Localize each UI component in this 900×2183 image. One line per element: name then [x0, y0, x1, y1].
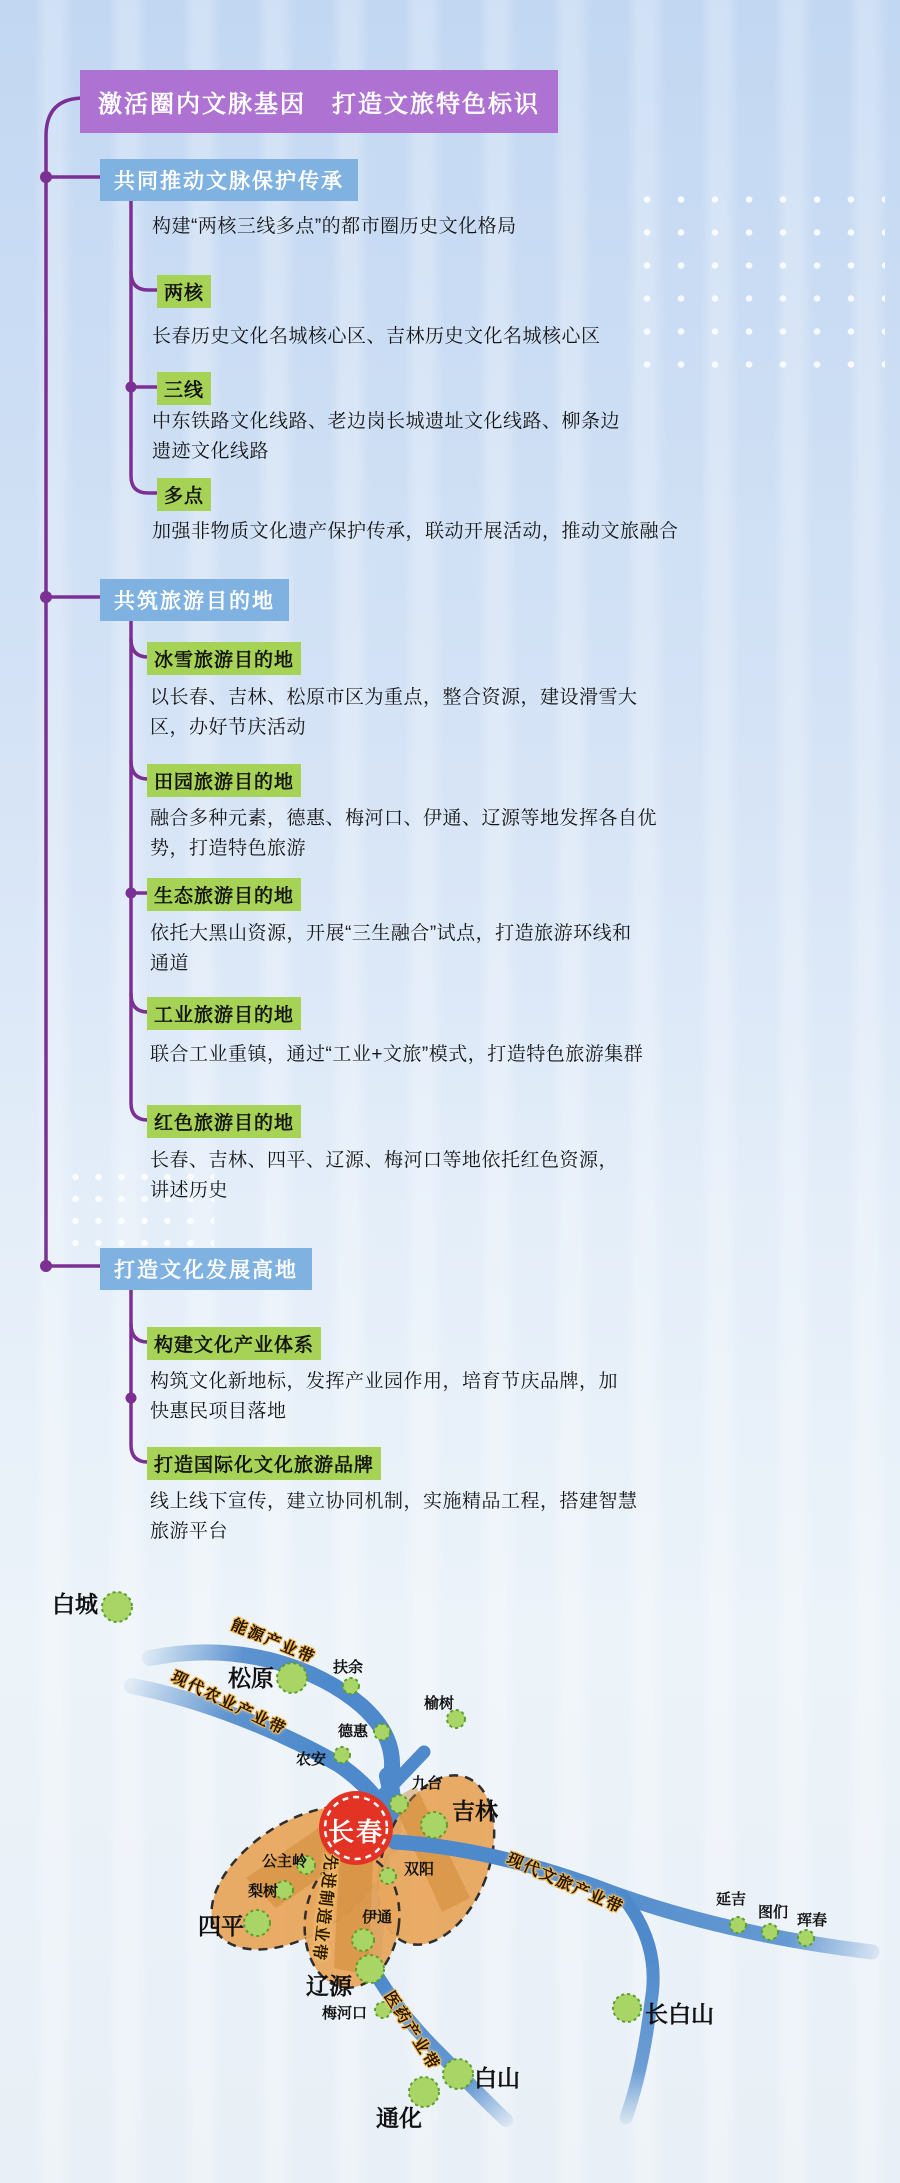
city-label-yitong: 伊通: [362, 1906, 392, 1927]
section1-intro: 构建“两核三线多点”的都市圈历史文化格局: [152, 212, 657, 242]
page-title: 激活圈内文脉基因 打造文旅特色标识: [80, 70, 558, 133]
dot-jilin: [421, 1812, 447, 1838]
main-spine: [46, 98, 102, 1266]
text-red: 长春、吉林、四平、辽源、梅河口等地依托红色资源，讲述历史: [150, 1146, 620, 1206]
label-rural: 田园旅游目的地: [147, 764, 301, 797]
label-culture-industry: 构建文化产业体系: [147, 1327, 321, 1360]
dot-shuangyang: [380, 1868, 396, 1884]
text-multi-points: 加强非物质文化遗产保护传承，联动开展活动，推动文旅融合: [152, 517, 692, 547]
city-label-changchun: 长春: [316, 1812, 396, 1849]
dot-baishan: [443, 2059, 473, 2089]
text-eco: 依托大黑山资源，开展“三生融合”试点，打造旅游环线和通道: [150, 919, 650, 979]
city-label-jilin: 吉林: [452, 1793, 498, 1826]
text-industrial: 联合工业重镇，通过“工业+文旅”模式，打造特色旅游集群: [150, 1040, 710, 1070]
city-label-changbaishan: 长白山: [645, 1996, 714, 2029]
city-label-hunchun: 珲春: [797, 1909, 827, 1930]
city-label-gongzhuling: 公主岭: [262, 1850, 307, 1871]
dot-yanji: [730, 1917, 746, 1933]
city-label-nongan: 农安: [296, 1748, 326, 1769]
city-label-lishu: 梨树: [248, 1880, 278, 1901]
city-label-shuangyang: 双阳: [404, 1858, 434, 1879]
label-two-cores: 两核: [157, 275, 211, 308]
section-header-heritage: 共同推动文脉保护传承: [100, 159, 358, 201]
text-ice-snow: 以长春、吉林、松原市区为重点，整合资源，建设滑雪大区，办好节庆活动: [150, 683, 670, 743]
dot-changbaishan: [613, 1994, 641, 2022]
city-label-siping: 四平: [198, 1908, 244, 1941]
subspine-2: [131, 618, 149, 1120]
dot-nongan: [334, 1747, 350, 1763]
text-three-lines: 中东铁路文化线路、老边岗长城遗址文化线路、柳条边遗迹文化线路: [152, 407, 632, 467]
city-label-fuyu: 扶余: [333, 1656, 363, 1677]
city-label-liaoyuan: 辽源: [306, 1968, 352, 2001]
dot-liaoyuan: [356, 1955, 384, 1983]
city-label-songyuan: 松原: [228, 1660, 274, 1693]
label-three-lines: 三线: [157, 372, 211, 405]
label-eco: 生态旅游目的地: [147, 878, 301, 911]
city-label-tonghua: 通化: [376, 2100, 422, 2133]
dot-siping: [244, 1910, 270, 1936]
city-label-baishan: 白山: [474, 2060, 520, 2093]
text-international-brand: 线上线下宣传，建立协同机制，实施精品工程，搭建智慧旅游平台: [150, 1487, 650, 1547]
label-ice-snow: 冰雪旅游目的地: [147, 642, 301, 675]
subspine-3: [131, 1286, 149, 1462]
text-culture-industry: 构筑文化新地标，发挥产业园作用，培育节庆品牌，加快惠民项目落地: [150, 1367, 630, 1427]
city-label-baicheng: 白城: [52, 1586, 98, 1619]
dot-tumen: [762, 1924, 778, 1940]
infographic-canvas: 激活圈内文脉基因 打造文旅特色标识 共同推动文脉保护传承 构建“两核三线多点”的…: [0, 0, 900, 2183]
tree-nodes: [40, 171, 137, 1404]
dot-baicheng: [102, 1592, 132, 1622]
dot-songyuan: [277, 1663, 307, 1693]
text-rural: 融合多种元素，德惠、梅河口、伊通、辽源等地发挥各自优势，打造特色旅游: [150, 804, 660, 864]
dot-yitong: [352, 1929, 374, 1951]
city-label-yanji: 延吉: [716, 1888, 746, 1909]
label-red: 红色旅游目的地: [147, 1105, 301, 1138]
dot-fuyu: [343, 1678, 359, 1694]
text-two-cores: 长春历史文化名城核心区、吉林历史文化名城核心区: [152, 322, 657, 352]
section-header-tourism: 共筑旅游目的地: [100, 579, 289, 621]
label-multi-points: 多点: [157, 478, 211, 511]
city-label-tumen: 图们: [758, 1901, 788, 1922]
section-header-culture: 打造文化发展高地: [100, 1248, 312, 1290]
branch-liangge: [131, 272, 159, 290]
city-label-dehui: 德惠: [338, 1720, 368, 1741]
dot-dehui: [374, 1724, 390, 1740]
dot-jiutai: [390, 1795, 408, 1813]
label-international-brand: 打造国际化文化旅游品牌: [147, 1447, 381, 1480]
city-label-meihekou: 梅河口: [322, 2002, 367, 2023]
dot-hunchun: [798, 1930, 814, 1946]
label-industrial: 工业旅游目的地: [147, 997, 301, 1030]
city-label-jiutai: 九台: [412, 1772, 442, 1793]
city-label-yushu: 榆树: [424, 1692, 454, 1713]
